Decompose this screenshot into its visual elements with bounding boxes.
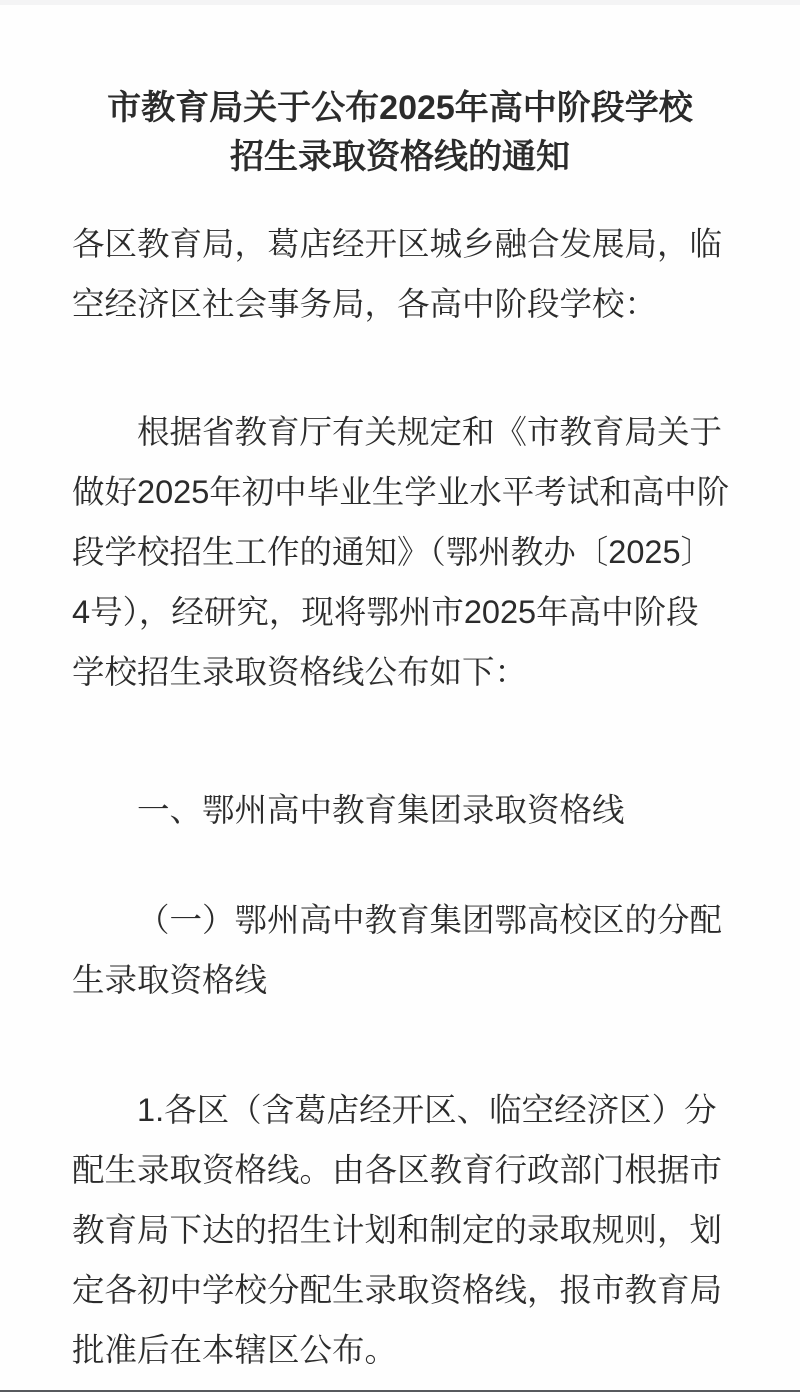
section-1-heading-line: 一、鄂州高中教育集团录取资格线: [72, 780, 728, 840]
subsection-1-heading-line-1: （一）鄂州高中教育集团鄂高校区的分配: [72, 890, 728, 950]
salutation-line-1: 各区教育局，葛店经开区城乡融合发展局，临: [72, 214, 728, 274]
document-title-line-1: 市教育局关于公布2025年高中阶段学校: [72, 84, 728, 133]
item-1-line-1: 1.各区（含葛店经开区、临空经济区）分: [72, 1080, 728, 1140]
subsection-1-heading-line-2: 生录取资格线: [72, 950, 728, 1010]
intro-line-1: 根据省教育厅有关规定和《市教育局关于: [72, 402, 728, 462]
subsection-1-heading: （一）鄂州高中教育集团鄂高校区的分配 生录取资格线: [72, 890, 728, 1010]
salutation-paragraph: 各区教育局，葛店经开区城乡融合发展局，临 空经济区社会事务局，各高中阶段学校：: [72, 214, 728, 334]
intro-line-5: 学校招生录取资格线公布如下：: [72, 642, 728, 702]
item-1-paragraph: 1.各区（含葛店经开区、临空经济区）分 配生录取资格线。由各区教育行政部门根据市…: [72, 1080, 728, 1380]
intro-paragraph: 根据省教育厅有关规定和《市教育局关于 做好2025年初中毕业生学业水平考试和高中…: [72, 402, 728, 702]
document-title-line-2: 招生录取资格线的通知: [72, 133, 728, 182]
intro-line-4: 4号），经研究，现将鄂州市2025年高中阶段: [72, 582, 728, 642]
top-strip: [0, 0, 800, 5]
intro-line-3: 段学校招生工作的通知》（鄂州教办〔2025〕: [72, 522, 728, 582]
salutation-line-2: 空经济区社会事务局，各高中阶段学校：: [72, 274, 728, 334]
section-1-heading: 一、鄂州高中教育集团录取资格线: [72, 780, 728, 840]
notice-document: 市教育局关于公布2025年高中阶段学校 招生录取资格线的通知 各区教育局，葛店经…: [0, 84, 800, 1380]
bottom-divider: [0, 1390, 800, 1392]
item-1-line-2: 配生录取资格线。由各区教育行政部门根据市: [72, 1140, 728, 1200]
item-1-line-5: 批准后在本辖区公布。: [72, 1320, 728, 1380]
item-1-line-3: 教育局下达的招生计划和制定的录取规则，划: [72, 1200, 728, 1260]
item-1-line-4: 定各初中学校分配生录取资格线，报市教育局: [72, 1260, 728, 1320]
document-title: 市教育局关于公布2025年高中阶段学校 招生录取资格线的通知: [72, 84, 728, 182]
intro-line-2: 做好2025年初中毕业生学业水平考试和高中阶: [72, 462, 728, 522]
